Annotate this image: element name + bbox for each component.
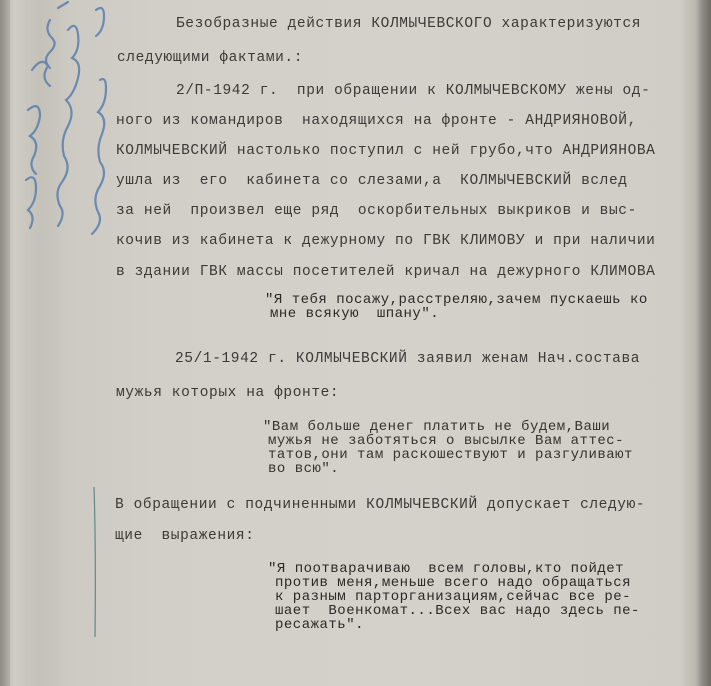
fact1-line-7: в здании ГВК массы посетителей кричал на… [116, 264, 655, 280]
fact2-quote-line-2: мужья не заботяться о высылке Вам аттес- [268, 434, 624, 448]
fact3-quote-line-3: к разным парторганизациям,сейчас все ре- [275, 590, 631, 604]
fact3-quote-line-4: шает Военкомат...Всех вас надо здесь пе- [275, 604, 640, 618]
fact3-line-1: В обращении с подчиненными КОЛМЫЧЕВСКИЙ … [115, 497, 645, 513]
handwritten-margin-note [18, 0, 118, 300]
fact3-line-2: щие выражения: [115, 528, 255, 544]
fact1-line-6: кочив из кабинета к дежурному по ГВК КЛИ… [116, 233, 655, 249]
fact3-quote-line-5: ресажать". [275, 618, 364, 632]
fact1-line-5: за ней произвел еще ряд оскорбительных в… [116, 203, 637, 219]
fact2-line-2: мужья которых на фронте: [116, 385, 339, 401]
fact2-line-1: 25/1-1942 г. КОЛМЫЧЕВСКИЙ заявил женам Н… [175, 351, 640, 367]
fact1-quote-line-1: "Я тебя посажу,расстреляю,зачем пускаешь… [265, 293, 648, 307]
document-page: Безобразные действия КОЛМЫЧЕВСКОГО харак… [0, 0, 711, 686]
fact1-line-4: ушла из его кабинета со слезами,а КОЛМЫЧ… [116, 173, 628, 189]
fact1-line-1: 2/П-1942 г. при обращении к КОЛМЫЧЕВСКОМ… [176, 83, 650, 99]
fact3-quote-line-1: "Я поотварачиваю всем головы,кто пойдет [268, 562, 624, 576]
intro-line-1: Безобразные действия КОЛМЫЧЕВСКОГО харак… [176, 16, 641, 32]
fact3-quote-line-2: против меня,меньше всего надо обращаться [275, 576, 631, 590]
pen-stroke [93, 487, 96, 637]
fact1-line-2: ного из командиров находящихся на фронте… [116, 113, 637, 129]
fact1-line-3: КОЛМЫЧЕВСКИЙ настолько поступил с ней гр… [116, 143, 655, 159]
fact1-quote-line-2: мне всякую шпану". [270, 307, 439, 321]
fact2-quote-line-4: во всю". [268, 462, 339, 476]
intro-line-2: следующими фактами.: [117, 50, 303, 66]
fact2-quote-line-3: татов,они там раскошествуют и разгуливаю… [268, 448, 633, 462]
fact2-quote-line-1: "Вам больше денег платить не будем,Ваши [263, 420, 610, 434]
binding-fold [0, 0, 10, 686]
